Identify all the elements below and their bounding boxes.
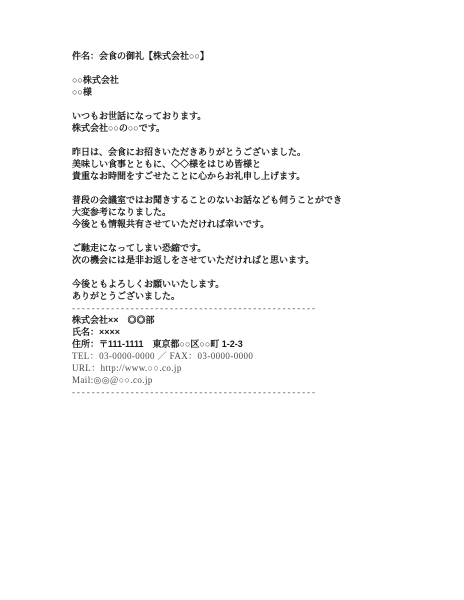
recipient-person: ○○様 (72, 86, 402, 98)
greeting-paragraph: いつもお世話になっております。 株式会社○○の○○です。 (72, 110, 402, 134)
body-line: ありがとうございました。 (72, 290, 402, 302)
body-line: 株式会社○○の○○です。 (72, 122, 402, 134)
signature-mail: Mail:◎◎@○○.co.jp (72, 374, 402, 386)
body-line: いつもお世話になっております。 (72, 110, 402, 122)
body-line: 今後ともよろしくお願いいたします。 (72, 278, 402, 290)
body-line: 美味しい食事とともに、◇◇様をはじめ皆様と (72, 158, 402, 170)
body-line: 今後とも情報共有させていただければ幸いです。 (72, 218, 402, 230)
signature-url: URL：http://www.○○.co.jp (72, 362, 402, 374)
email-subject: 件名：会食の御礼【株式会社○○】 (72, 50, 402, 62)
body-line: 貴重なお時間をすごせたことに心からお礼申し上げます。 (72, 170, 402, 182)
thanks-paragraph: 昨日は、会食にお招きいただきありがとうございました。 美味しい食事とともに、◇◇… (72, 146, 402, 182)
body-line: ご馳走になってしまい恐縮です。 (72, 242, 402, 254)
signature-address: 住所：〒111-1111 東京都○○区○○町 1-2-3 (72, 338, 402, 350)
email-document: 件名：会食の御礼【株式会社○○】 ○○株式会社 ○○様 いつもお世話になっており… (0, 0, 464, 600)
signature-tel-fax: TEL：03-0000-0000 ／ FAX：03-0000-0000 (72, 350, 402, 362)
body-line: 次の機会には是非お返しをさせていただければと思います。 (72, 254, 402, 266)
apology-paragraph: ご馳走になってしまい恐縮です。 次の機会には是非お返しをさせていただければと思い… (72, 242, 402, 266)
closing-paragraph: 今後ともよろしくお願いいたします。 ありがとうございました。 (72, 278, 402, 302)
recipient-block: ○○株式会社 ○○様 (72, 74, 402, 98)
signature-name: 氏名：×××× (72, 326, 402, 338)
body-line: 大変参考になりました。 (72, 206, 402, 218)
body-line: 昨日は、会食にお招きいただきありがとうございました。 (72, 146, 402, 158)
body-line: 普段の会議室ではお聞きすることのないお話なども伺うことができ (72, 194, 402, 206)
signature-separator-top: ----------------------------------------… (72, 302, 324, 314)
signature-company: 株式会社×× ◎◎部 (72, 314, 402, 326)
recipient-company: ○○株式会社 (72, 74, 402, 86)
reference-paragraph: 普段の会議室ではお聞きすることのないお話なども伺うことができ 大変参考になりまし… (72, 194, 402, 230)
email-body: 件名：会食の御礼【株式会社○○】 ○○株式会社 ○○様 いつもお世話になっており… (72, 50, 402, 398)
signature-separator-bottom: ----------------------------------------… (72, 386, 324, 398)
signature-block: ----------------------------------------… (72, 302, 402, 398)
